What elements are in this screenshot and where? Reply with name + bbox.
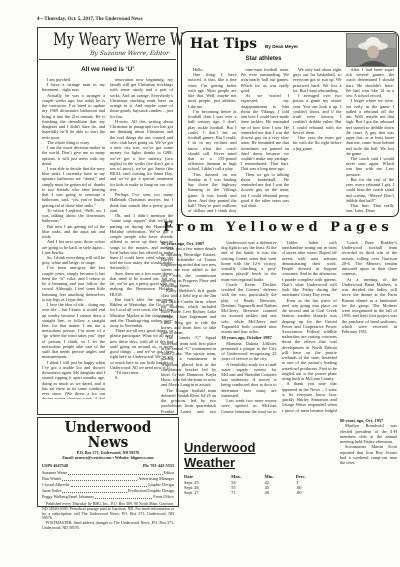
paragraph: And I bet next year, those colors are go… xyxy=(42,239,105,255)
paragraph: The Cougar football team defeated Beulah… xyxy=(161,388,216,413)
paragraph: Tables laden with merchandise strung out… xyxy=(282,240,337,298)
hat-tips-column-4: After I had been super sick several game… xyxy=(346,67,395,213)
weather-table-body: Sept. 255442TSept. 265545.00Sept. 277146… xyxy=(184,480,329,495)
paragraph: With just a few minor details in finishi… xyxy=(161,246,216,288)
paragraph: But for the rest of the year, every rebo… xyxy=(346,177,395,203)
staff-role: Front Office xyxy=(153,494,174,500)
paragraph: Marilyn Brandvold was elected president … xyxy=(340,423,397,444)
paragraph: But now I am getting rid of the blue sin… xyxy=(42,224,105,240)
hat-tips-column-2: nine-man football team. We were outstand… xyxy=(241,67,290,213)
masthead-box: Underwood News P.O. Box 371, Underwood, … xyxy=(37,417,179,507)
paragraph: So, I think everything will still be gra… xyxy=(42,255,105,265)
yellowed-column-4: Coach Dave Binkley’s Underwood football … xyxy=(342,240,397,413)
weather-cell: .00 xyxy=(296,490,329,495)
weary-header-rule xyxy=(39,59,176,60)
weather-title-line1: Underwood xyxy=(184,441,329,456)
paragraph: As we visited I expressed my disappointm… xyxy=(241,93,290,172)
paragraph: Last week two more moose were spotted in… xyxy=(221,398,276,413)
hat-tips-column-4-text: After I had been super sick several game… xyxy=(346,67,395,213)
paragraph: We only had about eight guys out for bas… xyxy=(293,67,342,93)
weather-cell: 46 xyxy=(265,490,296,495)
yellowed-column-3: Tables laden with merchandise strung out… xyxy=(282,240,337,413)
weary-body-column-1: I am psyched.I have a strange man in my … xyxy=(42,77,105,399)
paragraph: The coach said I would never start again… xyxy=(346,156,395,177)
paragraph: I am the worst decision-maker in the wor… xyxy=(42,145,105,166)
yellowed-column-4-continued: 60 years ago, Oct. 1957Marilyn Brandvold… xyxy=(340,417,397,507)
dotted-leader xyxy=(68,474,162,475)
masthead-contact: Email: urnews@westriv.com • Website: bhg… xyxy=(42,455,174,460)
yellowed-column-1: 10 years ago, Oct. 2007With just a few m… xyxy=(161,240,216,413)
dotted-leader xyxy=(62,480,137,481)
columnist-photo xyxy=(346,33,397,67)
paragraph: A thank you note that appeared in the Ne… xyxy=(282,381,337,413)
paragraph: renovation now beginning, my family will… xyxy=(110,77,173,119)
paragraph: H-m-m. All this writing about Christmas … xyxy=(110,119,173,192)
decade-subhead: 30 years ago, October 1987 xyxy=(221,335,276,340)
paragraph: I love the idea of tile – doing my own t… xyxy=(42,302,105,360)
paragraph: Montana Dakota Utilities presented a pla… xyxy=(221,341,276,362)
weary-column-title: My Weary Werre World xyxy=(53,32,161,49)
hat-tips-box: Hat Tips By Dean Meyer Star athletes Hel… xyxy=(181,31,399,217)
hat-tips-title: Hat Tips xyxy=(190,36,257,52)
paragraph: A feasibility study for a rural water su… xyxy=(221,362,276,399)
weather-table: DateMax.Min.Prec. Sept. 255442TSept. 265… xyxy=(184,474,329,495)
dotted-leader xyxy=(95,498,152,499)
weather-section: Underwood Weather DateMax.Min.Prec. Sept… xyxy=(184,441,329,495)
masthead-title: Underwood News xyxy=(46,421,170,450)
paragraph: nine-man football team. We were outstand… xyxy=(241,67,290,93)
paragraph: Scoutmaster Martin Scott reported that f… xyxy=(340,444,397,465)
masthead-fineprint: Published every Thursday by BHG, Inc., P… xyxy=(42,502,174,530)
paragraph: Published every Thursday by BHG, Inc., P… xyxy=(42,502,174,521)
paragraph: One year the team got hit with the flu r… xyxy=(293,135,342,151)
masthead-phone: Ph: 701-442-5533 xyxy=(143,463,174,468)
weather-title-line2: Weather xyxy=(184,456,329,471)
yellowed-column-2: Underwood was a defensive dog fight to s… xyxy=(221,240,276,413)
paragraph: This dawned on me Sunday as I was haulin… xyxy=(188,172,237,213)
paragraph: Perhaps I’ve seen too many Hallmark Chri… xyxy=(110,192,173,213)
paragraph: I forget where we were, but early in the… xyxy=(346,98,395,156)
dotted-leader xyxy=(71,486,147,487)
paragraph: POSTMASTER: Send address changes to The … xyxy=(42,521,174,530)
paragraph: At a meeting of the Underwood Band Mothe… xyxy=(342,277,397,335)
dotted-leader xyxy=(62,492,127,493)
paragraph: The Comets “C” Squad volleyball team too… xyxy=(161,335,216,387)
paragraph: Then we got to talking about basketball.… xyxy=(241,172,290,209)
weary-werre-world-box: My Weary Werre World By Suzanne Werre, E… xyxy=(37,27,178,415)
paragraph: One thing I have noticed, is that, like … xyxy=(188,72,237,109)
paragraph: I’m becoming better at football than I w… xyxy=(188,109,237,172)
paragraph: Actually, he was a stranger a couple wee… xyxy=(42,93,105,140)
hat-tips-headline: Star athletes xyxy=(196,56,331,62)
paragraph: After I had been super sick several game… xyxy=(346,67,395,98)
paragraph: That hurt. That really hurt. Later, Dean xyxy=(346,203,395,213)
weather-cell: Sept. 27 xyxy=(184,490,231,495)
page-folio: 4—Thursday, Oct. 5, 2017, The Underwood … xyxy=(37,17,143,22)
paragraph: To which I replied, “Well, no, I was tal… xyxy=(42,208,105,224)
weary-headline: All we need is ‘U’ xyxy=(38,66,177,73)
masthead-usps: USPS 4647540 xyxy=(42,463,68,468)
staff-row: Peggy Wolberg/Janel JohannesFront Office xyxy=(42,494,174,500)
yellowed-pages-section: 10 years ago, Oct. 2007With just a few m… xyxy=(161,240,397,413)
paragraph: Coach Kevin Dockter credited the Comets’… xyxy=(221,282,276,334)
yellowed-pages-banner: From Yellowed Pages xyxy=(159,221,397,234)
staff-name: Peggy Wolberg/Janel Johannes xyxy=(42,494,94,500)
paragraph: I was able to decide that the navy blue … xyxy=(42,166,105,208)
paragraph: I think I will just be happy when I’ve g… xyxy=(42,360,105,399)
hat-tips-byline: By Dean Meyer xyxy=(265,44,298,49)
paragraph: Coach Dave Binkley’s Underwood football … xyxy=(342,240,397,277)
weather-cell: 71 xyxy=(231,490,264,495)
man-in-cowboy-hat-icon xyxy=(347,34,396,66)
hat-tips-column-1: Hello,One thing I have noticed, is that,… xyxy=(188,67,237,213)
hat-tips-column-3: We only had about eight guys out for bas… xyxy=(293,67,342,213)
paragraph: Kathy Sheldon’s first grade class took a… xyxy=(161,288,216,335)
newspaper-page: 4—Thursday, Oct. 5, 2017, The Underwood … xyxy=(0,0,400,567)
paragraph: I’ve been anti-gray the last couple year… xyxy=(42,265,105,302)
weather-row: Sept. 277146.00 xyxy=(184,490,329,495)
paragraph: I averaged over two points a game my sen… xyxy=(293,93,342,135)
paragraph: I have a strange man in my basement – ri… xyxy=(42,82,105,92)
weary-byline-signature: By Suzanne Werre, Editor xyxy=(38,50,170,57)
masthead-staff-list: Suzanne WerreEditorDan WinterAdvertising… xyxy=(42,470,174,500)
paragraph: Even as the last piece of steel was goin… xyxy=(282,298,337,382)
paragraph: Underwood was a defensive dog fight to s… xyxy=(221,240,276,282)
